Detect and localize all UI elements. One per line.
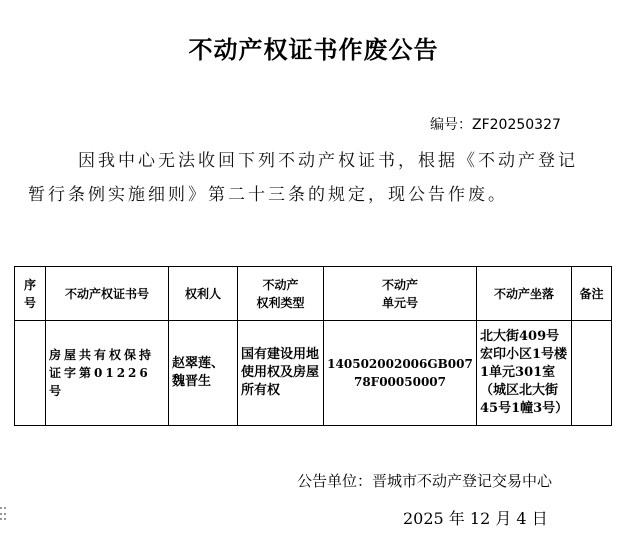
issuing-unit: 公告单位：晋城市不动产登记交易中心 — [297, 470, 552, 491]
cell-holder: 赵翠莲、魏晋生 — [169, 321, 238, 426]
issuing-unit-label: 公告单位： — [297, 472, 372, 490]
cell-unit-no: 140502002006GB00778F00050007 — [324, 321, 477, 426]
header-holder: 权利人 — [169, 267, 238, 321]
document-number: 编号：ZF20250327 — [430, 114, 561, 134]
page-title: 不动产权证书作废公告 — [0, 30, 627, 65]
header-cert-no: 不动产权证书号 — [46, 267, 169, 321]
issuing-unit-name: 晋城市不动产登记交易中心 — [372, 472, 552, 490]
header-seq: 序号 — [15, 267, 46, 321]
notice-paragraph-line2: 暂行条例实施细则》第二十三条的规定，现公告作废。 — [28, 180, 588, 205]
cell-right-type: 国有建设用地使用权及房屋所有权 — [238, 321, 324, 426]
cell-location: 北大街409号宏印小区1号楼1单元301室（城区北大街45号1幢3号） — [477, 321, 572, 426]
document-number-label: 编号： — [430, 117, 472, 133]
cell-cert-no: 房屋共有权保持证字第01226号 — [46, 321, 169, 426]
table-header-row: 序号 不动产权证书号 权利人 不动产权利类型 不动产单元号 不动产坐落 备注 — [15, 267, 612, 321]
drag-handle-icon[interactable] — [0, 507, 6, 521]
header-right-type: 不动产权利类型 — [238, 267, 324, 321]
header-location: 不动产坐落 — [477, 267, 572, 321]
table-row: 房屋共有权保持证字第01226号 赵翠莲、魏晋生 国有建设用地使用权及房屋所有权… — [15, 321, 612, 426]
header-unit-no: 不动产单元号 — [324, 267, 477, 321]
void-certificate-table: 序号 不动产权证书号 权利人 不动产权利类型 不动产单元号 不动产坐落 备注 房… — [14, 266, 612, 426]
document-number-value: ZF20250327 — [472, 117, 561, 133]
header-remark: 备注 — [572, 267, 612, 321]
notice-paragraph-line1: 因我中心无法收回下列不动产权证书，根据《不动产登记 — [78, 146, 627, 171]
issue-date: 2025 年 12 月 4 日 — [403, 506, 548, 529]
cell-seq — [15, 321, 46, 426]
cell-remark — [572, 321, 612, 426]
